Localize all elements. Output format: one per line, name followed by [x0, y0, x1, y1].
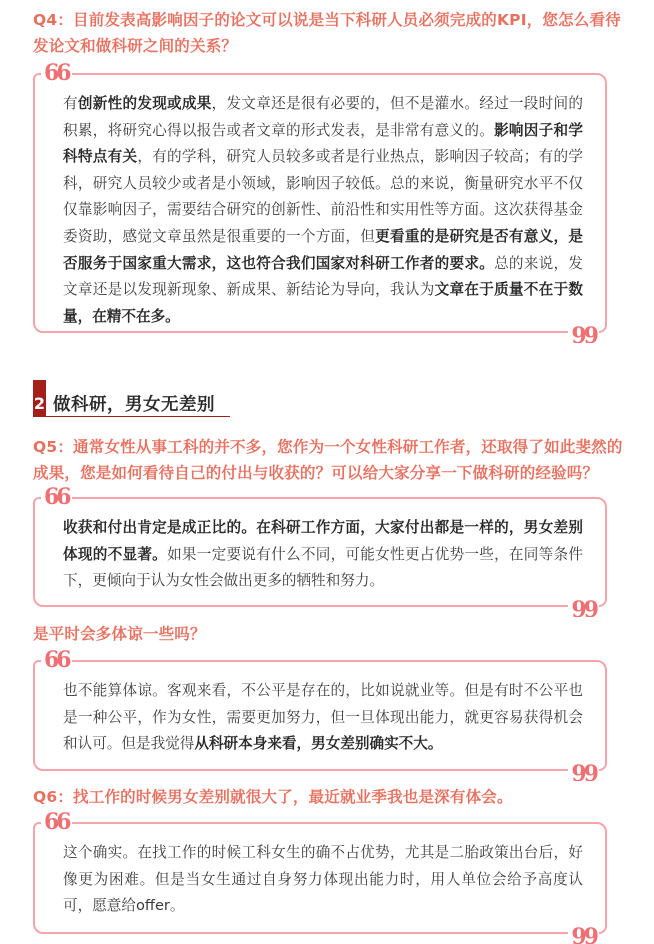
question-followup: 是平时会多体谅一些吗？ [33, 621, 623, 647]
open-quote-icon: 66 [41, 811, 72, 833]
close-quote-icon: 99 [568, 599, 599, 617]
answer-box-q5: 66 收获和付出肯定是成正比的。在科研工作方面，大家付出都是一样的，男女差别体现… [33, 497, 607, 607]
close-quote-icon: 99 [568, 325, 599, 343]
section-header-2: 2 做科研，男女无差别 [33, 380, 230, 417]
close-quote-icon: 99 [568, 926, 599, 944]
question-q4: Q4：目前发表高影响因子的论文可以说是当下科研人员必须完成的KPI，您怎么看待发… [33, 7, 623, 59]
answer-text-q4: 有创新性的发现或成果，发文章还是很有必要的，但不是灌水。经过一段时间的积累，将研… [63, 91, 583, 330]
emphasis-text: 创新性的发现或成果 [78, 95, 212, 112]
answer-text-q6: 这个确实。在找工作的时候工科女生的确不占优势，尤其是二胎政策出台后，好像更为困难… [63, 840, 583, 920]
answer-box-followup: 66 也不能算体谅。客观来看，不公平是存在的，比如说就业等。但是有时不公平也是一… [33, 660, 607, 771]
answer-box-q6: 66 这个确实。在找工作的时候工科女生的确不占优势，尤其是二胎政策出台后，好像更… [33, 822, 607, 934]
close-quote-icon: 99 [568, 763, 599, 781]
section-number: 2 [33, 380, 46, 416]
section-title: 做科研，男女无差别 [53, 391, 215, 416]
open-quote-icon: 66 [41, 649, 72, 671]
emphasis-text: 从科研本身来看，男女差别确实不大。 [194, 735, 442, 752]
open-quote-icon: 66 [41, 486, 72, 508]
question-q6: Q6：找工作的时候男女差别就很大了，最近就业季我也是深有体会。 [33, 784, 623, 810]
answer-text-q5: 收获和付出肯定是成正比的。在科研工作方面，大家付出都是一样的，男女差别体现的不显… [63, 515, 583, 595]
question-q5: Q5：通常女性从事工科的并不多，您作为一个女性科研工作者，还取得了如此斐然的成果… [33, 434, 623, 486]
open-quote-icon: 66 [41, 62, 72, 84]
answer-text-followup: 也不能算体谅。客观来看，不公平是存在的，比如说就业等。但是有时不公平也是一种公平… [63, 678, 583, 758]
body-text: 有 [63, 95, 78, 112]
body-text: 这个确实。在找工作的时候工科女生的确不占优势，尤其是二胎政策出台后，好像更为困难… [63, 844, 583, 914]
answer-box-q4: 66 有创新性的发现或成果，发文章还是很有必要的，但不是灌水。经过一段时间的积累… [33, 73, 607, 333]
